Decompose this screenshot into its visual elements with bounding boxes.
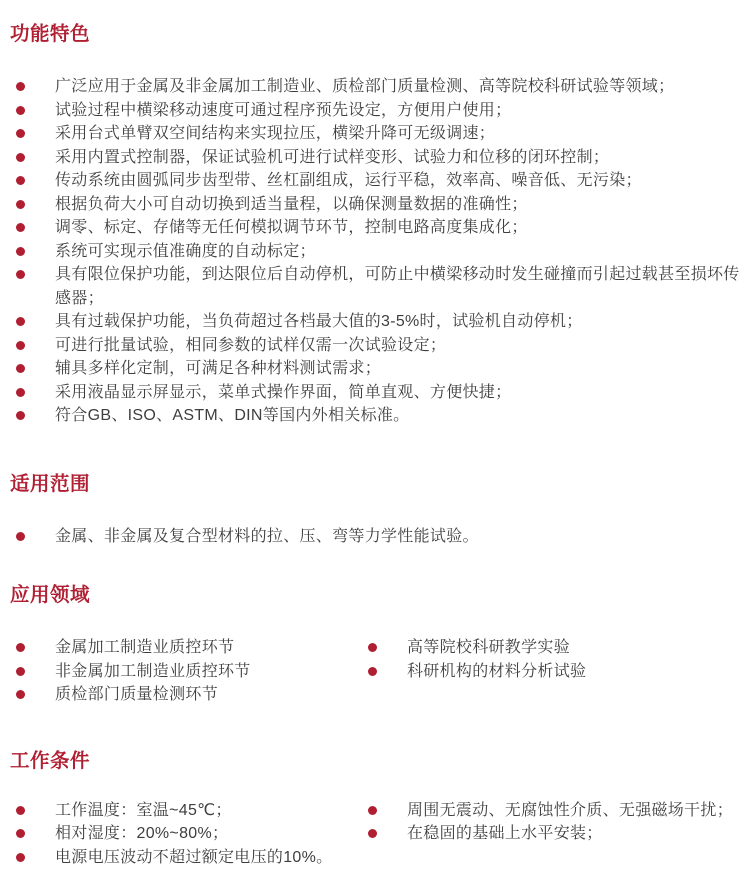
fields-list-left: 金属加工制造业质控环节非金属加工制造业质控环节质检部门质量检测环节 — [0, 636, 352, 707]
section-title-conditions: 工作条件 — [0, 752, 750, 770]
list-item: 可进行批量试验，相同参数的试样仅需一次试验设定； — [0, 334, 745, 358]
bullet-icon — [16, 667, 25, 676]
list-item: 具有过载保护功能，当负荷超过各档最大值的3-5%时，试验机自动停机； — [0, 310, 745, 334]
bullet-icon — [16, 247, 25, 256]
features-list-wrap: 广泛应用于金属及非金属加工制造业、质检部门质量检测、高等院校科研试验等领域；试验… — [0, 75, 750, 428]
list-item: 周围无震动、无腐蚀性介质、无强磁场干扰； — [352, 799, 745, 823]
list-item: 广泛应用于金属及非金属加工制造业、质检部门质量检测、高等院校科研试验等领域； — [0, 75, 745, 99]
list-item-text: 具有限位保护功能，到达限位后自动停机，可防止中横梁移动时发生碰撞而引起过载甚至损… — [55, 266, 740, 307]
list-item-text: 传动系统由圆弧同步齿型带、丝杠副组成，运行平稳，效率高、噪音低、无污染； — [55, 172, 642, 189]
scope-list-wrap: 金属、非金属及复合型材料的拉、压、弯等力学性能试验。 — [0, 525, 750, 549]
bullet-icon — [16, 690, 25, 699]
list-item-text: 采用液晶显示屏显示，菜单式操作界面，简单直观、方便快捷； — [55, 384, 511, 401]
conditions-list-right: 周围无震动、无腐蚀性介质、无强磁场干扰；在稳固的基础上水平安装； — [352, 799, 750, 846]
list-item-text: 可进行批量试验，相同参数的试样仅需一次试验设定； — [55, 337, 446, 354]
list-item-text: 辅具多样化定制，可满足各种材料测试需求； — [55, 360, 381, 377]
list-item-text: 质检部门质量检测环节 — [55, 686, 218, 703]
list-item: 金属、非金属及复合型材料的拉、压、弯等力学性能试验。 — [0, 525, 745, 549]
list-item-text: 科研机构的材料分析试验 — [407, 663, 586, 680]
section-features: 功能特色 广泛应用于金属及非金属加工制造业、质检部门质量检测、高等院校科研试验等… — [0, 0, 750, 428]
list-item: 符合GB、ISO、ASTM、DIN等国内外相关标准。 — [0, 404, 745, 428]
list-item-text: 在稳固的基础上水平安装； — [407, 825, 603, 842]
list-item-text: 根据负荷大小可自动切换到适当量程，以确保测量数据的准确性； — [55, 196, 528, 213]
section-fields: 应用领域 金属加工制造业质控环节非金属加工制造业质控环节质检部门质量检测环节 高… — [0, 548, 750, 707]
list-item: 科研机构的材料分析试验 — [352, 660, 745, 684]
bullet-icon — [368, 829, 377, 838]
section-title-fields: 应用领域 — [0, 586, 750, 604]
conditions-columns: 工作温度：室温~45℃；相对湿度：20%~80%；电源电压波动不超过额定电压的1… — [0, 799, 750, 870]
conditions-list-left: 工作温度：室温~45℃；相对湿度：20%~80%；电源电压波动不超过额定电压的1… — [0, 799, 352, 870]
bullet-icon — [16, 153, 25, 162]
features-list: 广泛应用于金属及非金属加工制造业、质检部门质量检测、高等院校科研试验等领域；试验… — [0, 75, 750, 428]
list-item-text: 周围无震动、无腐蚀性介质、无强磁场干扰； — [407, 802, 733, 819]
section-scope: 适用范围 金属、非金属及复合型材料的拉、压、弯等力学性能试验。 — [0, 428, 750, 549]
bullet-icon — [368, 643, 377, 652]
scope-list: 金属、非金属及复合型材料的拉、压、弯等力学性能试验。 — [0, 525, 750, 549]
bullet-icon — [16, 829, 25, 838]
bullet-icon — [16, 200, 25, 209]
list-item: 高等院校科研教学实验 — [352, 636, 745, 660]
bullet-icon — [16, 388, 25, 397]
list-item-text: 系统可实现示值准确度的自动标定； — [55, 243, 316, 260]
bullet-icon — [16, 223, 25, 232]
list-item: 试验过程中横梁移动速度可通过程序预先设定，方便用户使用； — [0, 99, 745, 123]
bullet-icon — [16, 364, 25, 373]
list-item-text: 调零、标定、存储等无任何模拟调节环节，控制电路高度集成化； — [55, 219, 528, 236]
bullet-icon — [16, 643, 25, 652]
bullet-icon — [16, 106, 25, 115]
list-item-text: 采用台式单臂双空间结构来实现拉压，横梁升降可无级调速； — [55, 125, 495, 142]
bullet-icon — [16, 270, 25, 279]
list-item: 金属加工制造业质控环节 — [0, 636, 347, 660]
bullet-icon — [16, 341, 25, 350]
list-item-text: 金属加工制造业质控环节 — [55, 639, 234, 656]
fields-columns: 金属加工制造业质控环节非金属加工制造业质控环节质检部门质量检测环节 高等院校科研… — [0, 636, 750, 707]
bullet-icon — [16, 317, 25, 326]
list-item: 传动系统由圆弧同步齿型带、丝杠副组成，运行平稳，效率高、噪音低、无污染； — [0, 169, 745, 193]
bullet-icon — [16, 853, 25, 862]
section-title-features: 功能特色 — [0, 25, 750, 43]
bullet-icon — [16, 411, 25, 420]
list-item: 根据负荷大小可自动切换到适当量程，以确保测量数据的准确性； — [0, 193, 745, 217]
list-item: 非金属加工制造业质控环节 — [0, 660, 347, 684]
list-item-text: 采用内置式控制器，保证试验机可进行试样变形、试验力和位移的闭环控制； — [55, 149, 609, 166]
list-item-text: 符合GB、ISO、ASTM、DIN等国内外相关标准。 — [55, 407, 409, 424]
list-item: 辅具多样化定制，可满足各种材料测试需求； — [0, 357, 745, 381]
list-item-text: 广泛应用于金属及非金属加工制造业、质检部门质量检测、高等院校科研试验等领域； — [55, 78, 674, 95]
fields-list-right: 高等院校科研教学实验科研机构的材料分析试验 — [352, 636, 750, 683]
list-item-text: 电源电压波动不超过额定电压的10%。 — [55, 849, 332, 866]
list-item: 采用台式单臂双空间结构来实现拉压，横梁升降可无级调速； — [0, 122, 745, 146]
bullet-icon — [16, 532, 25, 541]
list-item-text: 非金属加工制造业质控环节 — [55, 663, 251, 680]
list-item-text: 高等院校科研教学实验 — [407, 639, 570, 656]
list-item: 具有限位保护功能，到达限位后自动停机，可防止中横梁移动时发生碰撞而引起过载甚至损… — [0, 263, 745, 310]
list-item: 工作温度：室温~45℃； — [0, 799, 347, 823]
section-conditions: 工作条件 工作温度：室温~45℃；相对湿度：20%~80%；电源电压波动不超过额… — [0, 707, 750, 870]
list-item: 电源电压波动不超过额定电压的10%。 — [0, 846, 347, 870]
list-item-text: 工作温度：室温~45℃； — [55, 802, 232, 819]
list-item-text: 试验过程中横梁移动速度可通过程序预先设定，方便用户使用； — [55, 102, 511, 119]
bullet-icon — [16, 129, 25, 138]
bullet-icon — [16, 82, 25, 91]
bullet-icon — [16, 176, 25, 185]
product-detail-page: 功能特色 广泛应用于金属及非金属加工制造业、质检部门质量检测、高等院校科研试验等… — [0, 0, 750, 887]
list-item: 质检部门质量检测环节 — [0, 683, 347, 707]
list-item: 采用液晶显示屏显示，菜单式操作界面，简单直观、方便快捷； — [0, 381, 745, 405]
list-item: 系统可实现示值准确度的自动标定； — [0, 240, 745, 264]
list-item: 采用内置式控制器，保证试验机可进行试样变形、试验力和位移的闭环控制； — [0, 146, 745, 170]
list-item-text: 金属、非金属及复合型材料的拉、压、弯等力学性能试验。 — [55, 528, 479, 545]
list-item-text: 相对湿度：20%~80%； — [55, 825, 228, 842]
list-item-text: 具有过载保护功能，当负荷超过各档最大值的3-5%时，试验机自动停机； — [55, 313, 583, 330]
list-item: 相对湿度：20%~80%； — [0, 822, 347, 846]
list-item: 在稳固的基础上水平安装； — [352, 822, 745, 846]
list-item: 调零、标定、存储等无任何模拟调节环节，控制电路高度集成化； — [0, 216, 745, 240]
section-title-scope: 适用范围 — [0, 475, 750, 493]
bullet-icon — [368, 667, 377, 676]
bullet-icon — [16, 806, 25, 815]
bullet-icon — [368, 806, 377, 815]
